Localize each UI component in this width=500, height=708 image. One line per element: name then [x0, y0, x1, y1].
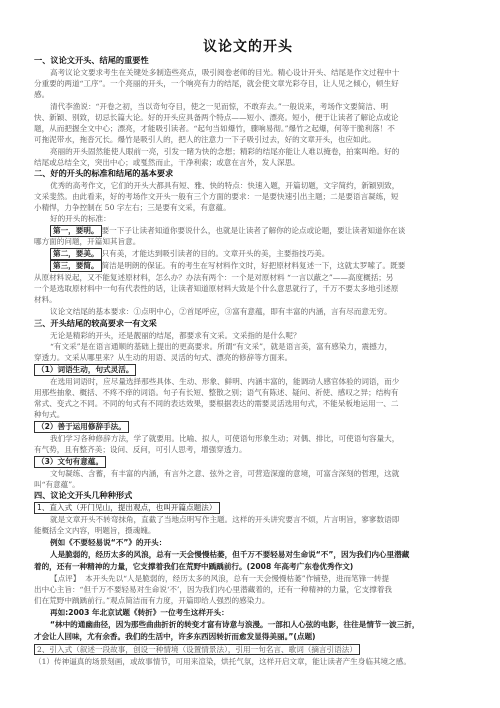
paragraph-line: 无论是精彩的开头，还是靓丽的结尾，都要求有文采。文采指的是什么呢？	[34, 330, 478, 341]
section-heading-4: 四、议论文开头几种种形式	[34, 490, 462, 501]
form-1-line: 1、直入式（开门见山，提出观点，也叫开篇点题法）	[34, 502, 462, 514]
paragraph-line: 种句式。	[34, 409, 462, 420]
subsection-3-line: （3）文句有意蕴。	[34, 456, 462, 468]
standard-label: 好的开头的标准：	[34, 213, 478, 224]
paragraph-line: 叫“有意蕴”。	[34, 479, 462, 490]
standard-3-text: 简洁是明朗的保证。有的考生在写材料作文时，好把原材料复述一下，这就太罗嗦了。既要	[102, 261, 406, 270]
section-heading-1: 一、议论文开头、结尾的重要性	[34, 55, 462, 66]
paragraph-line: 出中心主旨：“但千万不要轻易对生命说‘不’，因为我们内心里潜藏着的，还有一种精神…	[34, 584, 462, 595]
standard-3-label: 第三，要简。	[50, 260, 102, 272]
paragraph-line: （1）传神逼真的场景刻画，或故事情节，可用来渲染，烘托气氛，这样开启文章，能让读…	[34, 656, 462, 667]
paragraph-line: 亮丽的开头固然能使人眼前一亮，引发一睹为快的念想；精彩的结尾亦能让人难以掩卷，拍…	[34, 146, 478, 157]
paragraph-line: 哪方面的问题，开篇知其旨意。	[34, 236, 462, 247]
paragraph-line: 我们学习各种修辞方法，学了就要用。比喻、拟人，可使语句形象生动；对偶、排比，可使…	[34, 433, 478, 444]
paragraph-line: “有文采”是在语言通顺的基础上提出的更高要求。所谓“有文采”，就是语言美，富有感…	[34, 341, 478, 352]
example-line: 着的，还有一种精神的力量，它支撑着我们在荒野中踽踽前行。(2008 年高考广东卷…	[34, 561, 462, 572]
form-2-label: 2、引入式（叙述一段故事，创设一种情境（设置情景法），引用一句名言、歌词（摘言引…	[34, 644, 360, 655]
section-heading-2: 二、好的开头的标准和结尾的基本要求	[34, 168, 462, 179]
subsection-1-label: （1）词语生动，句式灵活。	[34, 364, 136, 376]
paragraph-line: 感。	[34, 89, 462, 100]
form-2-line: 2、引入式（叙述一段故事，创设一种情境（设置情景法），引用一句名言、歌词（摘言引…	[34, 644, 462, 655]
paragraph-line: 结尾或总结全文，突出中心；或戛然而止，干净利索；或意在言外，发人深思。	[34, 157, 462, 168]
paragraph-line: 有气势，且有整齐美；设问、反问，可引人思考，增强穿透力。	[34, 444, 462, 455]
paragraph-line: 一个是选取原材料中一句有代表性的话，让读者知道原材料大致是个什么意思就行了，千万…	[34, 283, 462, 294]
example-line: 人是脆弱的，经历太多的风浪，总有一天会慢慢枯萎，但千万不要轻易对生命说“不”，因…	[34, 549, 478, 560]
example2-line: 才会让人回味，尤有余香。我们的生活中，许多东西因转折而愈发显得美丽。”(点题)	[34, 631, 462, 642]
paragraph-line: 小精悍，力争控制在 50 字左右；三是要有文采，有意蕴。	[34, 202, 462, 213]
paragraph-line: 可拖泥带水，拖沓冗长。爆竹是吸引人的，把人的注意力一下子吸引过去，好的文章开头，…	[34, 134, 462, 145]
ending-requirements: 议论文结尾的基本要求：①点明中心，②首尾呼应，③富有意蕴，即有丰富的内涵，言有尽…	[34, 306, 478, 317]
standard-2-line: 第二，要美。只有美，才能达到吸引读者的目的。文章开头的美，主要指技巧美。	[34, 248, 478, 260]
paragraph-line: 快、新颖、别致，切忌长篇大论。好的开头应具备两个特点——短小、漂亮。短小，便于让…	[34, 112, 462, 123]
paragraph-line: 清代李渔说：“开卷之初，当以奇句夺目，使之一见而惊，不敢弃去。”一般说来，考场作…	[34, 101, 478, 112]
standard-3-line: 第三，要简。简洁是明朗的保证。有的考生在写材料作文时，好把原材料复述一下，这就太…	[34, 260, 478, 272]
example2-intro: 再如:2003 年北京试题《转折》一位考生这样开头：	[34, 607, 478, 618]
paragraph-line: 从原材料说起，又不能复述原材料，怎么办？办法有两个：一个是对原材料 “一言以蔽之…	[34, 272, 462, 283]
paragraph-line: 能概括全文内容，明题旨，摄魂魄。	[34, 525, 462, 536]
standard-2-label: 第二，要美。	[50, 248, 102, 260]
form-1-label: 1、直入式（开门见山，提出观点，也叫开篇点题法）	[34, 502, 220, 514]
paragraph-line: 分重要的两道“工序”。一个亮丽的开头，一个响亮有力的结尾，就会使文章光彩夺目，让…	[34, 78, 462, 89]
example-intro: 例如《不要轻易说“不”》的开头：	[34, 537, 478, 548]
subsection-3-label: （3）文句有意蕴。	[34, 456, 106, 468]
paragraph-line: 高考议论文要求考生在关键处多制造些亮点，吸引阅卷老师的目光。精心设计开头、结尾是…	[34, 67, 478, 78]
subsection-1-line: （1）词语生动，句式灵活。	[34, 364, 462, 376]
paragraph-line: 就是文章开头不转弯抹角，直截了当地点明写作主题。这样的开头讲究要言不烦，片言明旨…	[34, 514, 478, 525]
paragraph-line: 优秀的高考作文，它们的开头大都具有短、雅、快的特点：快速入题，开篇切题，文字简约…	[34, 180, 478, 191]
section-heading-3: 三、开头结尾的较高要求一有文采	[34, 318, 462, 329]
standard-2-text: 只有美，才能达到吸引读者的目的。文章开头的美，主要指技巧美。	[102, 249, 330, 258]
example2-line: “林中的通幽曲径，因为那些曲曲折折的转变才富有诗意与浪漫。一部扣人心弦的电影，往…	[34, 619, 478, 630]
paragraph-line: 题，从而把握全文中心；漂亮，才能吸引读者。“起句当如爆竹，骤响易彻。”爆竹之起爆…	[34, 123, 462, 134]
subsection-2-label: （2）善于运用修辞手法。	[34, 421, 129, 433]
paragraph-line: 常式、变式之不同。不同的句式有不同的表达效果，要根据表达的需要灵活选用句式，不能…	[34, 398, 462, 409]
standard-1-text: 要一下子让读者知道你要说什么，也就是让读者了解你的论点或论题，要让读者知道你在谈	[102, 226, 406, 235]
document-title: 议论文的开头	[34, 36, 462, 56]
comment-label: 【点评】	[50, 574, 80, 583]
paragraph-line: 文采斐然。由此看来，好的考场作文开头一般有三个方面的要求：一是要快速引出主题；二…	[34, 191, 462, 202]
comment-text: 本开头先以“人是脆弱的，经历太多的风浪，总有一天会慢慢枯萎”作铺垫，进而笔锋一转…	[85, 574, 389, 583]
paragraph-line: 材料。	[34, 294, 462, 305]
paragraph-line: 们在荒野中踽踽前行。”观点简洁而有力度，开篇即给人强烈的感染力。	[34, 595, 462, 606]
paragraph-line: 文句凝练、含蓄，有丰富的内涵，有言外之意、弦外之音，可营造深邃的意境，可富含深刻…	[34, 468, 478, 479]
paragraph-line: 在选用词语时，应尽量选择那些具体、生动、形象、鲜明、内涵丰富的，能调动人感官体验…	[34, 376, 478, 387]
subsection-2-line: （2）善于运用修辞手法。	[34, 421, 462, 433]
comment-line: 【点评】 本开头先以“人是脆弱的，经历太多的风浪，总有一天会慢慢枯萎”作铺垫，进…	[34, 573, 478, 584]
paragraph-line: 穿透力。文采从哪里来？从生动的用语、灵活的句式、漂亮的修辞等方面来。	[34, 352, 462, 363]
paragraph-line: 用那些抽象、概括、不疼不痒的词语。句子有长短、整散之别；语气有陈述、疑问、祈使、…	[34, 387, 462, 398]
